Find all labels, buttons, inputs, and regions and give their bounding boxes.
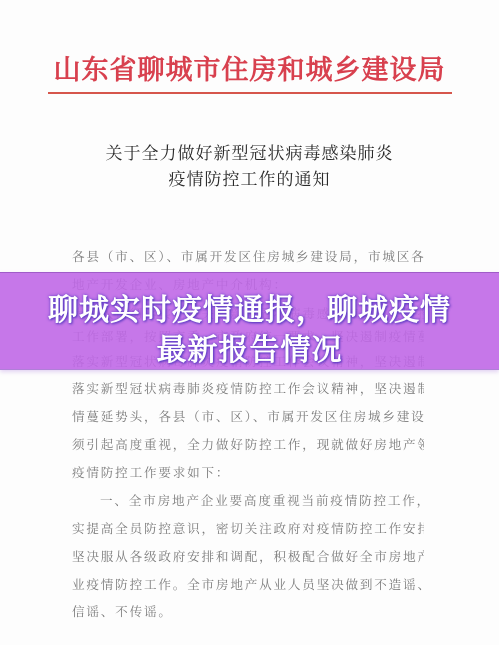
body-line: 须引起高度重视，全力做好防控工作，现就做好房地产领域 bbox=[72, 434, 424, 453]
document-page: 山东省聊城市住房和城乡建设局 关于全力做好新型冠状病毒感染肺炎 疫情防控工作的通… bbox=[0, 0, 499, 645]
body-line: 实提高全员防控意识，密切关注政府对疫情防控工作安排， bbox=[72, 518, 424, 537]
body-line: 疫情防控工作要求如下： bbox=[72, 462, 424, 481]
banner-headline-line-1: 聊城实时疫情通报，聊城疫情 bbox=[0, 285, 499, 329]
banner-headline-line-2: 最新报告情况 bbox=[0, 325, 499, 369]
body-line: 业疫情防控工作。全市房地产从业人员坚决做到不造谣、不 bbox=[72, 574, 424, 593]
document-title-line-1: 关于全力做好新型冠状病毒感染肺炎 bbox=[0, 139, 499, 164]
agency-header: 山东省聊城市住房和城乡建设局 bbox=[0, 48, 499, 87]
body-line: 坚决服从各级政府安排和调配，积极配合做好全市房地产行 bbox=[72, 546, 424, 565]
body-line: 情蔓延势头，各县（市、区）、市属开发区住房城乡建设局必 bbox=[72, 406, 424, 425]
body-line: 一、全市房地产企业要高度重视当前疫情防控工作，切 bbox=[100, 490, 424, 509]
body-line: 信谣、不传谣。 bbox=[72, 601, 424, 620]
body-line: 落实新型冠状病毒肺炎疫情防控工作会议精神，坚决遏制疫 bbox=[72, 378, 424, 397]
body-line: 各县（市、区）、市属开发区住房城乡建设局，市城区各房 bbox=[72, 246, 424, 265]
header-divider bbox=[48, 92, 452, 94]
headline-overlay-banner: 聊城实时疫情通报，聊城疫情 最新报告情况 bbox=[0, 272, 499, 370]
document-title-line-2: 疫情防控工作的通知 bbox=[0, 165, 499, 190]
